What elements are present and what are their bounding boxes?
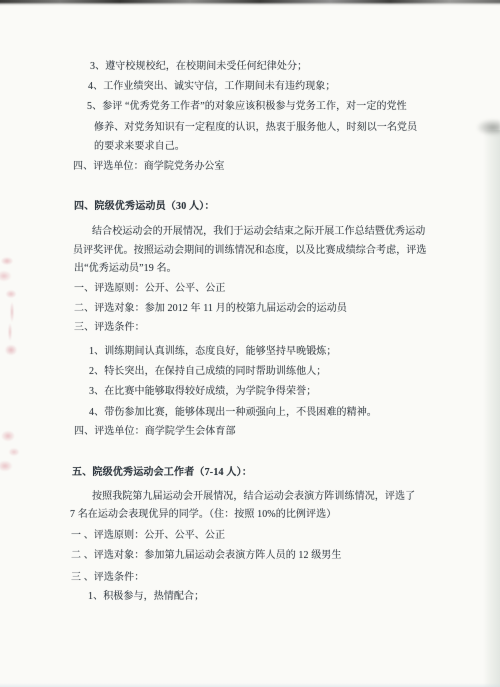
scanner-edge-artifact (0, 0, 500, 6)
ink-bleed-mark (0, 426, 24, 474)
doc-line: 一、评选原则：公开、公平、公正 (74, 283, 226, 295)
doc-section-heading: 四、院级优秀运动员（30 人）： (74, 201, 215, 213)
doc-line: 一 、评选原则：公开、公平、公正 (71, 530, 225, 542)
doc-line: 4、带伤参加比赛，能够体现出一种顽强向上，不畏困难的精神。 (89, 407, 377, 419)
doc-line: 5、参评 “优秀党务工作者”的对象应该积极参与党务工作，对一定的党性 (87, 101, 407, 113)
doc-line: 3、在比赛中能够取得较好成绩，为学院争得荣誉； (89, 386, 316, 398)
page-edge-shadow (483, 130, 500, 687)
scan-smudge-artifact (469, 118, 500, 137)
doc-line: 二、评选对象：参加 2012 年 11 月的校第九届运动会的运动员 (74, 303, 347, 315)
doc-line: 1、训练期间认真训练，态度良好，能够坚持早晚锻炼； (89, 346, 337, 358)
doc-line: 员评奖评优。按照运动会期间的训练情况和态度，以及比赛成绩综合考虑，评选 (73, 245, 427, 257)
doc-line: 结合校运动会的开展情况，我们于运动会结束之际开展工作总结暨优秀运动 (92, 226, 425, 238)
doc-line: 二 、评选对象：参加第九届运动会表演方阵人员的 12 级男生 (71, 550, 342, 562)
doc-line: 的要求来要求自己。 (94, 141, 185, 153)
doc-line: 四、评选单位：商学院党务办公室 (73, 161, 225, 173)
doc-line: 4、工作业绩突出、诚实守信，工作期间未有违约现象； (88, 81, 336, 93)
ink-bleed-mark (2, 298, 22, 360)
doc-line: 四、评选单位：商学院学生会体育部 (74, 426, 236, 438)
doc-line: 出“优秀运动员”19 名。 (74, 263, 177, 275)
doc-line: 7 名在运动会表现优异的同学。（住：按照 10%的比例评选） (70, 509, 336, 521)
doc-line: 2、特长突出，在保持自己成绩的同时帮助训练他人； (89, 366, 326, 378)
doc-line: 三、评选条件： (74, 322, 145, 334)
doc-line: 三 、评选条件： (71, 572, 144, 584)
doc-line: 修养、对党务知识有一定程度的认识，热衷于服务他人，时刻以一名党员 (94, 122, 417, 134)
scanned-document-page: 3、遵守校规校纪，在校期间未受任何纪律处分； 4、工作业绩突出、诚实守信，工作期… (0, 0, 500, 687)
bottom-edge-artifact (0, 683, 500, 687)
doc-section-heading: 五、院级优秀运动会工作者（7-14 人）： (72, 467, 252, 479)
doc-line: 1、积极参与，热情配合； (88, 591, 204, 603)
doc-line: 按照我院第九届运动会开展情况，结合运动会表演方阵训练情况，评选了 (92, 491, 415, 503)
doc-line: 3、遵守校规校纪，在校期间未受任何纪律处分； (90, 61, 307, 73)
